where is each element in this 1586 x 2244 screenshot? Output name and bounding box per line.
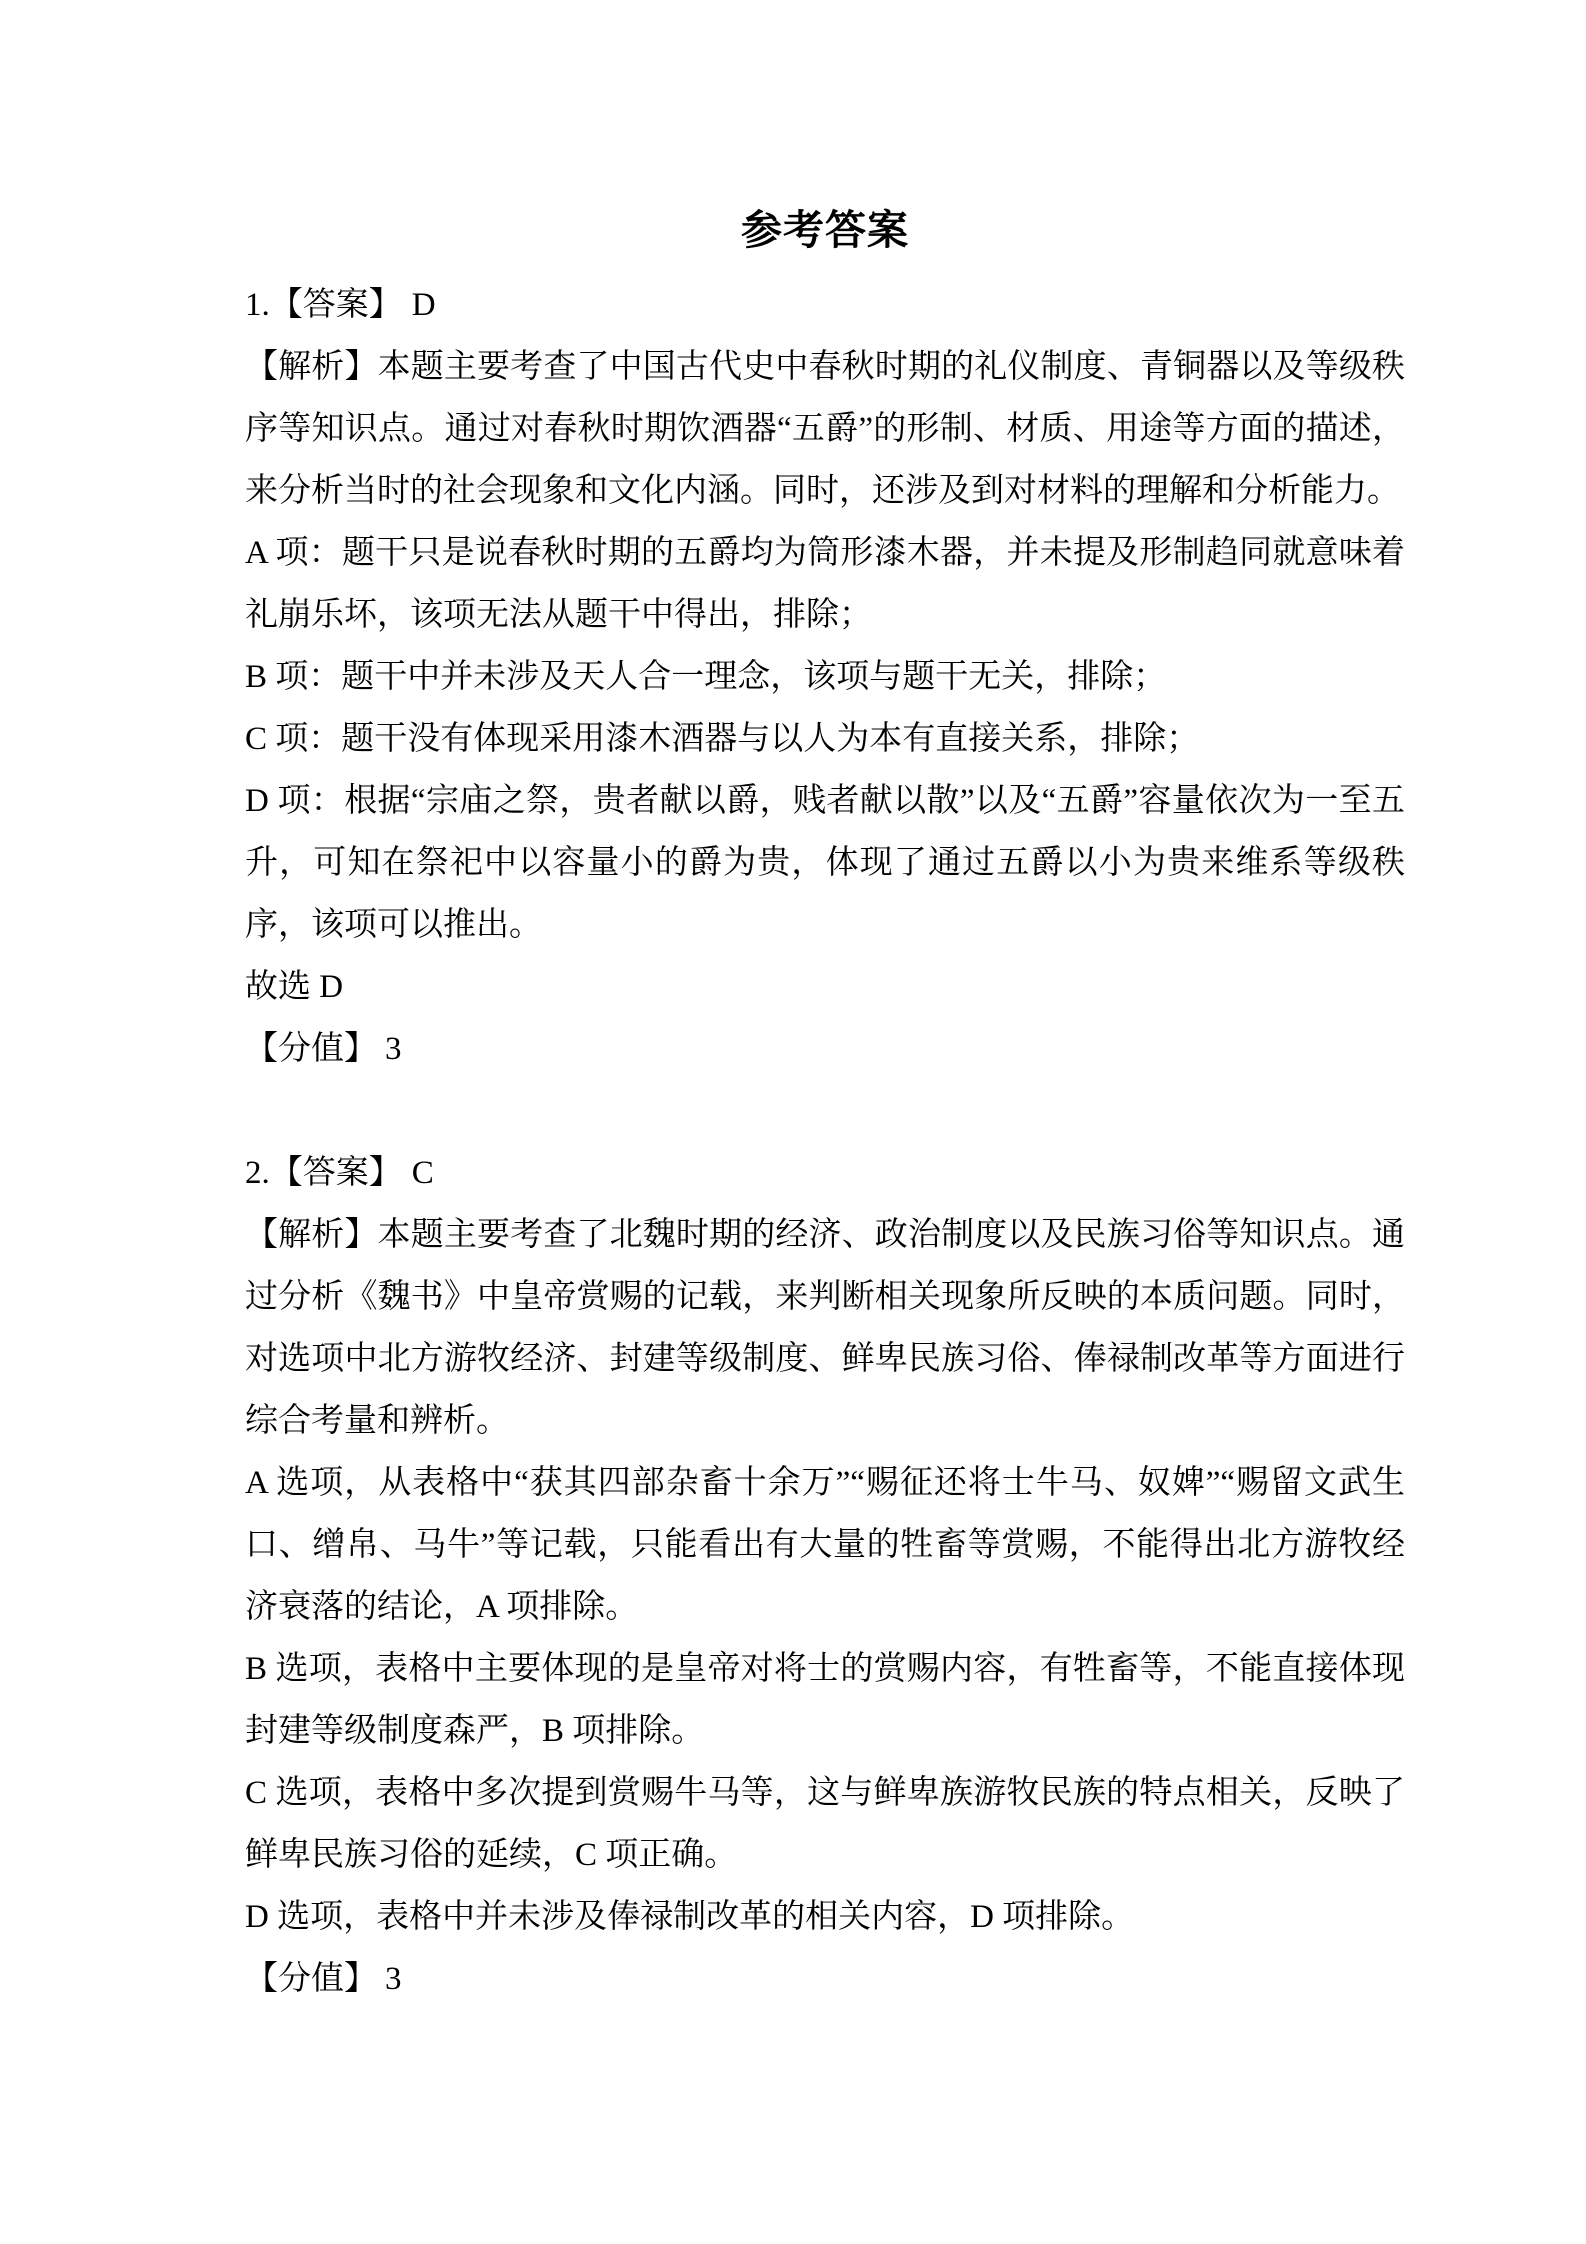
- answer-label: 【答案】: [270, 287, 402, 323]
- analysis-paragraph: A 项：题干只是说春秋时期的五爵均为筒形漆木器，并未提及形制趋同就意味着礼崩乐坏…: [245, 522, 1405, 646]
- analysis-paragraph: B 项：题干中并未涉及天人合一理念，该项与题干无关，排除；: [245, 646, 1405, 708]
- analysis-paragraph: A 选项，从表格中“获其四部杂畜十余万”“赐征还将士牛马、奴婢”“赐留文武生口、…: [245, 1452, 1405, 1638]
- score-label: 【分值】: [245, 1031, 377, 1067]
- score-value: 3: [385, 1961, 402, 1997]
- answer-label: 【答案】: [270, 1155, 402, 1191]
- score-line: 【分值】3: [245, 1948, 1405, 2010]
- score-label: 【分值】: [245, 1961, 377, 1997]
- score-value: 3: [385, 1031, 402, 1067]
- answer-line: 2.【答案】C: [245, 1142, 1405, 1204]
- question-number: 1.: [245, 287, 270, 323]
- score-line: 【分值】3: [245, 1018, 1405, 1080]
- analysis-paragraph: 【解析】本题主要考查了中国古代史中春秋时期的礼仪制度、青铜器以及等级秩序等知识点…: [245, 336, 1405, 522]
- analysis-paragraph: D 项：根据“宗庙之祭，贵者献以爵，贱者献以散”以及“五爵”容量依次为一至五升，…: [245, 770, 1405, 956]
- analysis-paragraph: B 选项，表格中主要体现的是皇帝对将士的赏赐内容，有牲畜等，不能直接体现封建等级…: [245, 1638, 1405, 1762]
- analysis-paragraph: C 项：题干没有体现采用漆木酒器与以人为本有直接关系，排除；: [245, 708, 1405, 770]
- analysis-paragraph: C 选项，表格中多次提到赏赐牛马等，这与鲜卑族游牧民族的特点相关，反映了鲜卑民族…: [245, 1762, 1405, 1886]
- conclusion-line: 故选 D: [245, 956, 1405, 1018]
- document-page: 参考答案 1.【答案】D 【解析】本题主要考查了中国古代史中春秋时期的礼仪制度、…: [0, 0, 1586, 2244]
- analysis-paragraph: 【解析】本题主要考查了北魏时期的经济、政治制度以及民族习俗等知识点。通过分析《魏…: [245, 1204, 1405, 1452]
- question-2-block: 2.【答案】C 【解析】本题主要考查了北魏时期的经济、政治制度以及民族习俗等知识…: [245, 1142, 1405, 2010]
- answer-value: C: [412, 1155, 434, 1191]
- question-1-block: 1.【答案】D 【解析】本题主要考查了中国古代史中春秋时期的礼仪制度、青铜器以及…: [245, 274, 1405, 1080]
- page-title: 参考答案: [245, 199, 1405, 261]
- answer-value: D: [412, 287, 436, 323]
- answer-line: 1.【答案】D: [245, 274, 1405, 336]
- analysis-paragraph: D 选项，表格中并未涉及俸禄制改革的相关内容，D 项排除。: [245, 1886, 1405, 1948]
- question-number: 2.: [245, 1155, 270, 1191]
